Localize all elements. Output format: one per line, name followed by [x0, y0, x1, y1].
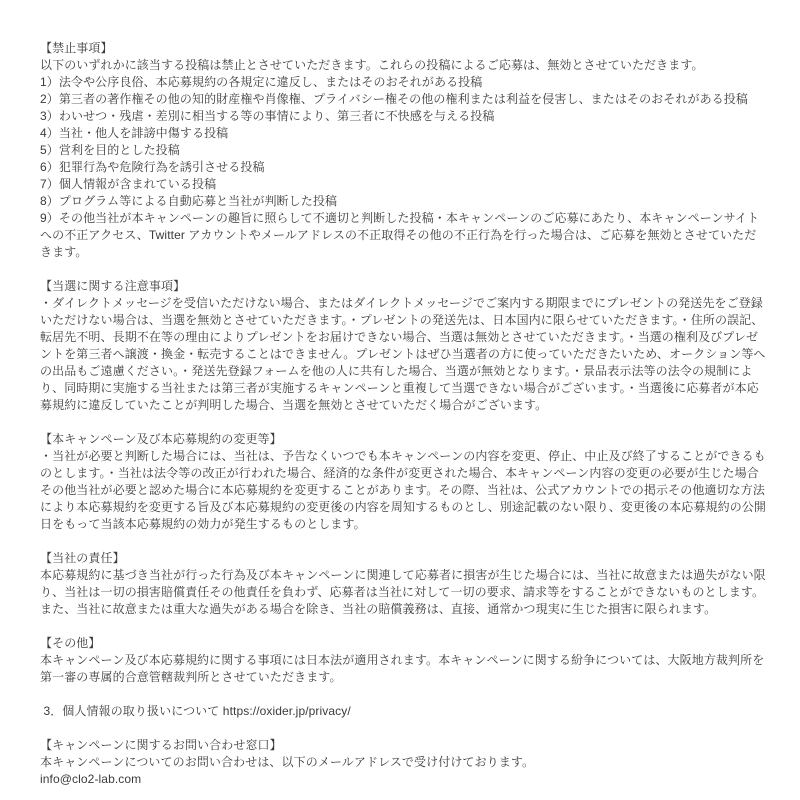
paragraph-contact: 本キャンペーンについてのお問い合わせは、以下のメールアドレスで受け付けております… [40, 754, 767, 771]
section-heading-prohibited-items: 【禁止事項】 [40, 40, 767, 57]
section-winning-notes: 【当選に関する注意事項】 ・ダイレクトメッセージを受信いただけない場合、またはダ… [40, 278, 767, 414]
section-campaign-changes: 【本キャンペーン及び本応募規約の変更等】 ・当社が必要と判断した場合には、当社は… [40, 431, 767, 533]
section-heading-winning-notes: 【当選に関する注意事項】 [40, 278, 767, 295]
section-privacy-policy: 3．個人情報の取り扱いについて https://oxider.jp/privac… [40, 703, 767, 720]
paragraph-campaign-changes: ・当社が必要と判断した場合には、当社は、予告なくいつでも本キャンペーンの内容を変… [40, 448, 767, 533]
section-heading-contact: 【キャンペーンに関するお問い合わせ窓口】 [40, 737, 767, 754]
section-miscellaneous: 【その他】 本キャンペーン及び本応募規約に関する事項には日本法が適用されます。本… [40, 635, 767, 686]
paragraph-company-liability: 本応募規約に基づき当社が行った行為及び本キャンペーンに関連して応募者に損害が生じ… [40, 567, 767, 618]
list-item-5: 5）営利を目的とした投稿 [40, 142, 767, 159]
terms-document: 【禁止事項】 以下のいずれかに該当する投稿は禁止とさせていただきます。これらの投… [40, 40, 767, 788]
list-item-4: 4）当社・他人を誹謗中傷する投稿 [40, 125, 767, 142]
list-item-7: 7）個人情報が含まれている投稿 [40, 176, 767, 193]
list-item-6: 6）犯罪行為や危険行為を誘引させる投稿 [40, 159, 767, 176]
contact-email: info@clo2-lab.com [40, 771, 767, 788]
paragraph-winning-notes: ・ダイレクトメッセージを受信いただけない場合、またはダイレクトメッセージでご案内… [40, 295, 767, 414]
section-company-liability: 【当社の責任】 本応募規約に基づき当社が行った行為及び本キャンペーンに関連して応… [40, 550, 767, 618]
list-item-8: 8）プログラム等による自動応募と当社が判断した投稿 [40, 193, 767, 210]
section-heading-company-liability: 【当社の責任】 [40, 550, 767, 567]
section-prohibited-items: 【禁止事項】 以下のいずれかに該当する投稿は禁止とさせていただきます。これらの投… [40, 40, 767, 261]
list-item-3: 3）わいせつ・残虐・差別に相当する等の事情により、第三者に不快感を与える投稿 [40, 108, 767, 125]
paragraph-intro: 以下のいずれかに該当する投稿は禁止とさせていただきます。これらの投稿によるご応募… [40, 57, 767, 74]
list-item-2: 2）第三者の著作権その他の知的財産権や肖像権、プライバシー権その他の権利または利… [40, 91, 767, 108]
section-contact: 【キャンペーンに関するお問い合わせ窓口】 本キャンペーンについてのお問い合わせは… [40, 737, 767, 788]
section-heading-campaign-changes: 【本キャンペーン及び本応募規約の変更等】 [40, 431, 767, 448]
list-item-9: 9）その他当社が本キャンペーンの趣旨に照らして不適切と判断した投稿・本キャンペー… [40, 210, 767, 261]
section-heading-miscellaneous: 【その他】 [40, 635, 767, 652]
list-item-1: 1）法令や公序良俗、本応募規約の各規定に違反し、またはそのおそれがある投稿 [40, 74, 767, 91]
privacy-policy-line: 3．個人情報の取り扱いについて https://oxider.jp/privac… [40, 703, 767, 720]
paragraph-miscellaneous: 本キャンペーン及び本応募規約に関する事項には日本法が適用されます。本キャンペーン… [40, 652, 767, 686]
